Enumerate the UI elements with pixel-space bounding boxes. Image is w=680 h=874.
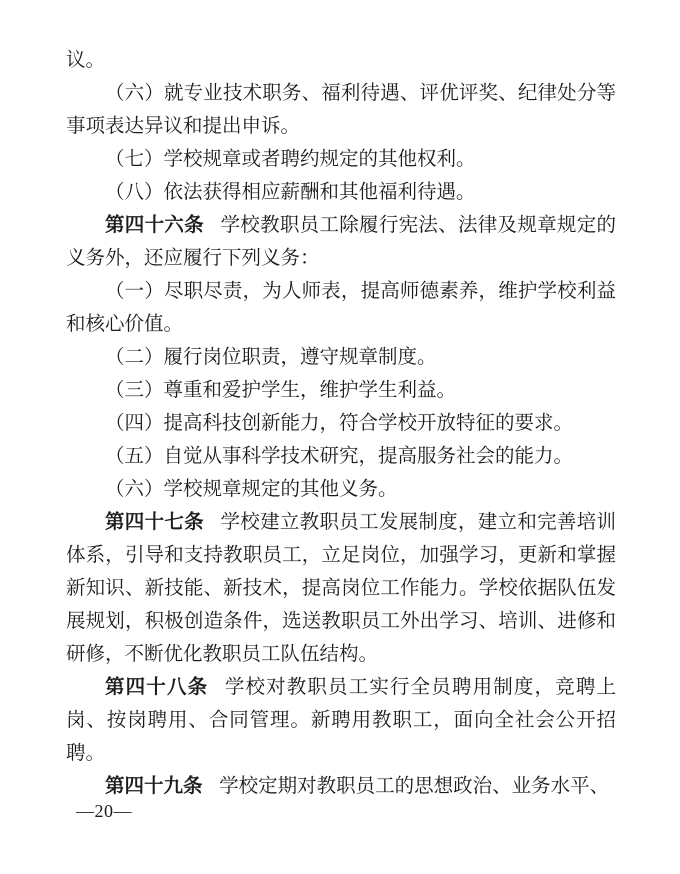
paragraph-text: （六）学校规章规定的其他义务。	[105, 479, 398, 500]
paragraph: （三）尊重和爱护学生，维护学生利益。	[66, 374, 616, 407]
paragraph-text: （八）依法获得相应薪酬和其他福利待遇。	[105, 182, 476, 203]
paragraph: 第四十八条学校对教职员工实行全员聘用制度，竞聘上岗、按岗聘用、合同管理。新聘用教…	[66, 671, 616, 770]
article-number: 第四十八条	[105, 677, 208, 698]
paragraph-text: （四）提高科技创新能力，符合学校开放特征的要求。	[105, 413, 573, 434]
article-number: 第四十七条	[105, 512, 204, 533]
document-body: 议。 （六）就专业技术职务、福利待遇、评优评奖、纪律处分等事项表达异议和提出申诉…	[66, 44, 616, 803]
paragraph: （二）履行岗位职责，遵守规章制度。	[66, 341, 616, 374]
paragraph: 议。	[66, 44, 616, 77]
paragraph-text: 学校定期对教职员工的思想政治、业务水平、	[219, 776, 609, 797]
paragraph-text: （七）学校规章或者聘约规定的其他权利。	[105, 149, 476, 170]
paragraph: 第四十六条学校教职员工除履行宪法、法律及规章规定的义务外，还应履行下列义务：	[66, 209, 616, 275]
paragraph: 第四十九条学校定期对教职员工的思想政治、业务水平、	[66, 770, 616, 803]
paragraph: （四）提高科技创新能力，符合学校开放特征的要求。	[66, 407, 616, 440]
paragraph-text: （二）履行岗位职责，遵守规章制度。	[105, 347, 437, 368]
paragraph-text: 议。	[66, 50, 105, 71]
paragraph: （八）依法获得相应薪酬和其他福利待遇。	[66, 176, 616, 209]
paragraph-text: （一）尽职尽责，为人师表，提高师德素养，维护学校利益和核心价值。	[66, 281, 616, 335]
paragraph-text: （五）自觉从事科学技术研究，提高服务社会的能力。	[105, 446, 573, 467]
paragraph: （七）学校规章或者聘约规定的其他权利。	[66, 143, 616, 176]
page-number: —20—	[76, 800, 132, 822]
article-number: 第四十九条	[105, 776, 203, 797]
paragraph-text: 学校建立教职员工发展制度，建立和完善培训体系，引导和支持教职员工，立足岗位，加强…	[66, 512, 616, 665]
paragraph-text: （六）就专业技术职务、福利待遇、评优评奖、纪律处分等事项表达异议和提出申诉。	[66, 83, 616, 137]
article-number: 第四十六条	[105, 215, 204, 236]
paragraph: （六）学校规章规定的其他义务。	[66, 473, 616, 506]
paragraph: （六）就专业技术职务、福利待遇、评优评奖、纪律处分等事项表达异议和提出申诉。	[66, 77, 616, 143]
document-page: 议。 （六）就专业技术职务、福利待遇、评优评奖、纪律处分等事项表达异议和提出申诉…	[0, 0, 680, 874]
paragraph: （一）尽职尽责，为人师表，提高师德素养，维护学校利益和核心价值。	[66, 275, 616, 341]
paragraph: 第四十七条学校建立教职员工发展制度，建立和完善培训体系，引导和支持教职员工，立足…	[66, 506, 616, 671]
paragraph: （五）自觉从事科学技术研究，提高服务社会的能力。	[66, 440, 616, 473]
paragraph-text: （三）尊重和爱护学生，维护学生利益。	[105, 380, 456, 401]
